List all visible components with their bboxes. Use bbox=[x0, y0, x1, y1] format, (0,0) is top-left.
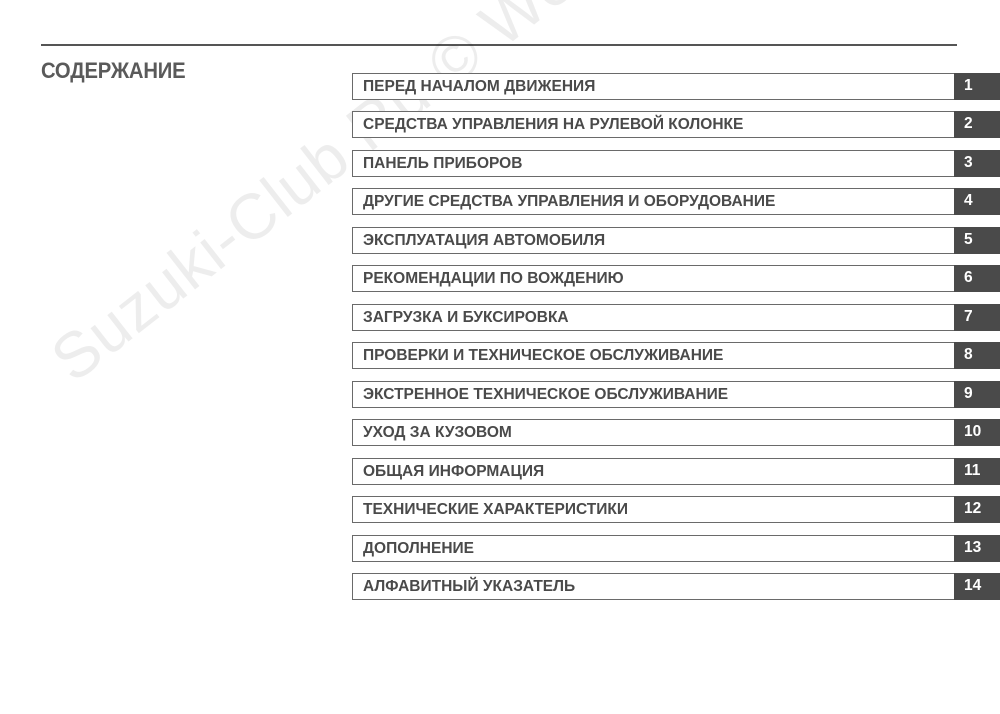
toc-item-label: СРЕДСТВА УПРАВЛЕНИЯ НА РУЛЕВОЙ КОЛОНКЕ bbox=[363, 116, 743, 134]
toc-item-label: ПАНЕЛЬ ПРИБОРОВ bbox=[363, 155, 522, 173]
toc-item-label: ОБЩАЯ ИНФОРМАЦИЯ bbox=[363, 463, 544, 481]
chapter-number: 5 bbox=[964, 231, 973, 249]
chapter-number-tab: 9 bbox=[954, 381, 1000, 408]
toc-item-label: ЗАГРУЗКА И БУКСИРОВКА bbox=[363, 309, 569, 327]
toc-item-label: УХОД ЗА КУЗОВОМ bbox=[363, 424, 512, 442]
toc-item-box: ЗАГРУЗКА И БУКСИРОВКА bbox=[352, 304, 954, 331]
toc-item-11[interactable]: ОБЩАЯ ИНФОРМАЦИЯ 11 bbox=[352, 458, 1000, 485]
toc-item-box: ПРОВЕРКИ И ТЕХНИЧЕСКОЕ ОБСЛУЖИВАНИЕ bbox=[352, 342, 954, 369]
chapter-number: 12 bbox=[964, 500, 981, 518]
chapter-number-tab: 6 bbox=[954, 265, 1000, 292]
header-rule bbox=[41, 44, 957, 46]
toc-item-box: ДРУГИЕ СРЕДСТВА УПРАВЛЕНИЯ И ОБОРУДОВАНИ… bbox=[352, 188, 954, 215]
chapter-number-tab: 1 bbox=[954, 73, 1000, 100]
toc-item-12[interactable]: ТЕХНИЧЕСКИЕ ХАРАКТЕРИСТИКИ 12 bbox=[352, 496, 1000, 523]
toc-item-8[interactable]: ПРОВЕРКИ И ТЕХНИЧЕСКОЕ ОБСЛУЖИВАНИЕ 8 bbox=[352, 342, 1000, 369]
toc-item-box: ДОПОЛНЕНИЕ bbox=[352, 535, 954, 562]
toc-item-box: ЭКСПЛУАТАЦИЯ АВТОМОБИЛЯ bbox=[352, 227, 954, 254]
toc-item-9[interactable]: ЭКСТРЕННОЕ ТЕХНИЧЕСКОЕ ОБСЛУЖИВАНИЕ 9 bbox=[352, 381, 1000, 408]
chapter-number: 4 bbox=[964, 192, 973, 210]
chapter-number-tab: 11 bbox=[954, 458, 1000, 485]
toc-item-label: АЛФАВИТНЫЙ УКАЗАТЕЛЬ bbox=[363, 578, 575, 596]
toc-item-2[interactable]: СРЕДСТВА УПРАВЛЕНИЯ НА РУЛЕВОЙ КОЛОНКЕ 2 bbox=[352, 111, 1000, 138]
toc-item-5[interactable]: ЭКСПЛУАТАЦИЯ АВТОМОБИЛЯ 5 bbox=[352, 227, 1000, 254]
toc-item-box: СРЕДСТВА УПРАВЛЕНИЯ НА РУЛЕВОЙ КОЛОНКЕ bbox=[352, 111, 954, 138]
toc-item-7[interactable]: ЗАГРУЗКА И БУКСИРОВКА 7 bbox=[352, 304, 1000, 331]
chapter-number-tab: 14 bbox=[954, 573, 1000, 600]
toc-item-label: ТЕХНИЧЕСКИЕ ХАРАКТЕРИСТИКИ bbox=[363, 501, 628, 519]
chapter-number-tab: 4 bbox=[954, 188, 1000, 215]
chapter-number: 1 bbox=[964, 77, 973, 95]
toc-item-box: УХОД ЗА КУЗОВОМ bbox=[352, 419, 954, 446]
toc-item-label: РЕКОМЕНДАЦИИ ПО ВОЖДЕНИЮ bbox=[363, 270, 624, 288]
chapter-number: 6 bbox=[964, 269, 973, 287]
toc-item-box: ОБЩАЯ ИНФОРМАЦИЯ bbox=[352, 458, 954, 485]
chapter-number: 3 bbox=[964, 154, 973, 172]
toc-item-10[interactable]: УХОД ЗА КУЗОВОМ 10 bbox=[352, 419, 1000, 446]
toc-item-box: ЭКСТРЕННОЕ ТЕХНИЧЕСКОЕ ОБСЛУЖИВАНИЕ bbox=[352, 381, 954, 408]
page-title: СОДЕРЖАНИЕ bbox=[41, 58, 185, 84]
chapter-number: 13 bbox=[964, 539, 981, 557]
chapter-number-tab: 2 bbox=[954, 111, 1000, 138]
toc-item-1[interactable]: ПЕРЕД НАЧАЛОМ ДВИЖЕНИЯ 1 bbox=[352, 73, 1000, 100]
toc-item-label: ДРУГИЕ СРЕДСТВА УПРАВЛЕНИЯ И ОБОРУДОВАНИ… bbox=[363, 193, 775, 211]
toc-item-4[interactable]: ДРУГИЕ СРЕДСТВА УПРАВЛЕНИЯ И ОБОРУДОВАНИ… bbox=[352, 188, 1000, 215]
chapter-number: 7 bbox=[964, 308, 973, 326]
chapter-number-tab: 12 bbox=[954, 496, 1000, 523]
chapter-number: 8 bbox=[964, 346, 973, 364]
toc-item-box: ПАНЕЛЬ ПРИБОРОВ bbox=[352, 150, 954, 177]
chapter-number: 11 bbox=[964, 462, 980, 480]
chapter-number: 10 bbox=[964, 423, 981, 441]
toc-item-box: АЛФАВИТНЫЙ УКАЗАТЕЛЬ bbox=[352, 573, 954, 600]
chapter-number-tab: 5 bbox=[954, 227, 1000, 254]
chapter-number: 14 bbox=[964, 577, 981, 595]
toc-item-box: ТЕХНИЧЕСКИЕ ХАРАКТЕРИСТИКИ bbox=[352, 496, 954, 523]
chapter-number: 9 bbox=[964, 385, 973, 403]
toc-item-6[interactable]: РЕКОМЕНДАЦИИ ПО ВОЖДЕНИЮ 6 bbox=[352, 265, 1000, 292]
toc-item-label: ЭКСТРЕННОЕ ТЕХНИЧЕСКОЕ ОБСЛУЖИВАНИЕ bbox=[363, 386, 728, 404]
toc-item-13[interactable]: ДОПОЛНЕНИЕ 13 bbox=[352, 535, 1000, 562]
chapter-number-tab: 10 bbox=[954, 419, 1000, 446]
chapter-number: 2 bbox=[964, 115, 973, 133]
toc-item-3[interactable]: ПАНЕЛЬ ПРИБОРОВ 3 bbox=[352, 150, 1000, 177]
toc-item-label: ЭКСПЛУАТАЦИЯ АВТОМОБИЛЯ bbox=[363, 232, 605, 250]
toc-item-14[interactable]: АЛФАВИТНЫЙ УКАЗАТЕЛЬ 14 bbox=[352, 573, 1000, 600]
chapter-number-tab: 8 bbox=[954, 342, 1000, 369]
toc-item-box: ПЕРЕД НАЧАЛОМ ДВИЖЕНИЯ bbox=[352, 73, 954, 100]
toc-item-label: ПЕРЕД НАЧАЛОМ ДВИЖЕНИЯ bbox=[363, 78, 595, 96]
toc-item-label: ДОПОЛНЕНИЕ bbox=[363, 540, 474, 558]
chapter-number-tab: 3 bbox=[954, 150, 1000, 177]
toc-item-label: ПРОВЕРКИ И ТЕХНИЧЕСКОЕ ОБСЛУЖИВАНИЕ bbox=[363, 347, 723, 365]
toc-item-box: РЕКОМЕНДАЦИИ ПО ВОЖДЕНИЮ bbox=[352, 265, 954, 292]
chapter-number-tab: 13 bbox=[954, 535, 1000, 562]
chapter-number-tab: 7 bbox=[954, 304, 1000, 331]
